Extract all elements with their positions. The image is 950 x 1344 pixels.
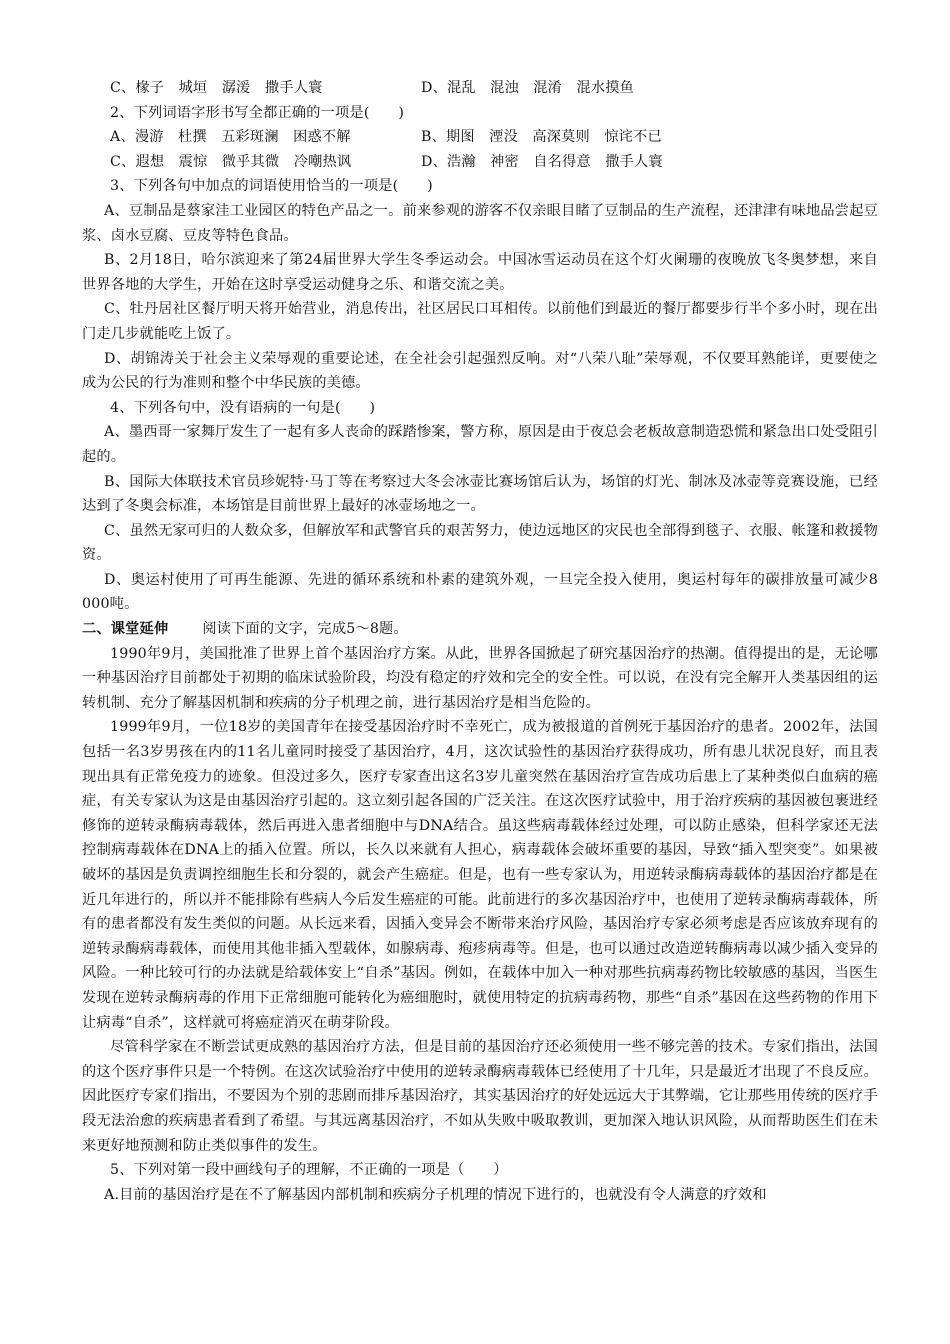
q2-option-a: A、漫游 杜撰 五彩斑澜 困惑不解 xyxy=(110,125,421,150)
q1-option-c: C、椽子 城垣 潺湲 撒手人寰 xyxy=(110,76,421,101)
q3-option-a: A、豆制品是蔡家洼工业园区的特色产品之一。前来参观的游客不仅亲眼目睹了豆制品的生… xyxy=(82,199,878,248)
q4-option-d: D、奥运村使用了可再生能源、先进的循环系统和朴素的建筑外观，一旦完全投入使用，奥… xyxy=(82,568,878,617)
q2-stem: 2、下列词语字形书写全都正确的一项是( ) xyxy=(82,101,878,126)
q2-options-ab: A、漫游 杜撰 五彩斑澜 困惑不解 B、期图 湮没 高深莫则 惊诧不已 xyxy=(82,125,878,150)
q2-option-c: C、遐想 震惊 微乎其微 冷嘲热讽 xyxy=(110,150,421,175)
q4-stem: 4、下列各句中，没有语病的一句是( ) xyxy=(82,396,878,421)
section-2-heading: 二、课堂延伸阅读下面的文字，完成5～8题。 xyxy=(82,617,878,642)
passage-paragraph-2: 1999年9月，一位18岁的美国青年在接受基因治疗时不幸死亡，成为被报道的首例死… xyxy=(82,715,878,1035)
q4-option-c: C、虽然无家可归的人数众多，但解放军和武警官兵的艰苦努力，使边远地区的灾民也全部… xyxy=(82,519,878,568)
q3-option-b: B、2月18日，哈尔滨迎来了第24届世界大学生冬季运动会。中国冰雪运动员在这个灯… xyxy=(82,248,878,297)
section-instruction: 阅读下面的文字，完成5～8题。 xyxy=(202,621,408,637)
q5-option-a: A.目前的基因治疗是在不了解基因内部机制和疾病分子机理的情况下进行的，也就没有令… xyxy=(82,1183,878,1208)
q2-options-cd: C、遐想 震惊 微乎其微 冷嘲热讽 D、浩瀚 神密 自名得意 撒手人寰 xyxy=(82,150,878,175)
q2-option-d: D、浩瀚 神密 自名得意 撒手人寰 xyxy=(421,150,732,175)
q1-option-d: D、混乱 混浊 混淆 混水摸鱼 xyxy=(421,76,732,101)
q5-stem: 5、下列对第一段中画线句子的理解，不正确的一项是（ ） xyxy=(82,1158,878,1183)
passage-paragraph-1: 1990年9月，美国批准了世界上首个基因治疗方案。从此，世界各国掀起了研究基因治… xyxy=(82,642,878,716)
q3-stem: 3、下列各句中加点的词语使用恰当的一项是( ) xyxy=(82,174,878,199)
q3-option-d: D、胡锦涛关于社会主义荣辱观的重要论述，在全社会引起强烈反响。对“八荣八耻”荣辱… xyxy=(82,347,878,396)
passage-paragraph-3: 尽管科学家在不断尝试更成熟的基因治疗方法，但是目前的基因治疗还必须使用一些不够完… xyxy=(82,1035,878,1158)
document-page: C、椽子 城垣 潺湲 撒手人寰 D、混乱 混浊 混淆 混水摸鱼 2、下列词语字形… xyxy=(82,76,878,1207)
q4-option-b: B、国际大体联技术官员珍妮特·马丁等在考察过大冬会冰壶比赛场馆后认为，场馆的灯光… xyxy=(82,470,878,519)
q2-option-b: B、期图 湮没 高深莫则 惊诧不已 xyxy=(421,125,732,150)
section-title: 二、课堂延伸 xyxy=(82,621,168,637)
q3-option-c: C、牡丹居社区餐厅明天将开始营业，消息传出，社区居民口耳相传。以前他们到最近的餐… xyxy=(82,297,878,346)
q4-option-a: A、墨西哥一家舞厅发生了一起有多人丧命的踩踏惨案，警方称，原因是由于夜总会老板故… xyxy=(82,420,878,469)
q1-options-cd: C、椽子 城垣 潺湲 撒手人寰 D、混乱 混浊 混淆 混水摸鱼 xyxy=(82,76,878,101)
